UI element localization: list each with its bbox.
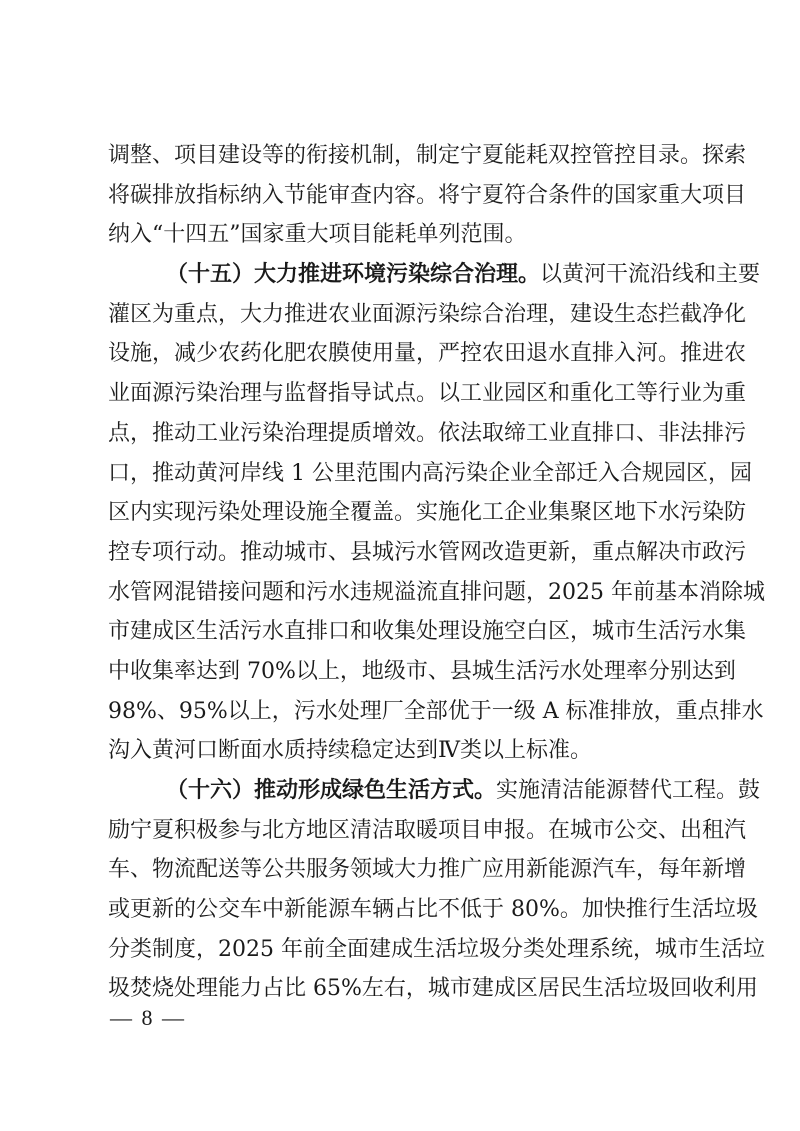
section-16-heading: 推动形成绿色生活方式。	[254, 778, 496, 803]
text-line: 圾焚烧处理能力占比 65%左右，城市建成区居民生活垃圾回收利用	[108, 969, 692, 1009]
text-line: 将碳排放指标纳入节能审查内容。将宁夏符合条件的国家重大项目	[108, 176, 692, 216]
text-line: 市建成区生活污水直排口和收集处理设施空白区，城市生活污水集	[108, 612, 692, 652]
text-line: 口，推动黄河岸线 1 公里范围内高污染企业全部迁入合规园区，园	[108, 454, 692, 494]
text-line: 励宁夏积极参与北方地区清洁取暖项目申报。在城市公交、出租汽	[108, 811, 692, 851]
section-16-number: （十六）	[166, 778, 254, 803]
text-line: 区内实现污染处理设施全覆盖。实施化工企业集聚区地下水污染防	[108, 493, 692, 533]
document-page: 调整、项目建设等的衔接机制，制定宁夏能耗双控管控目录。探索 将碳排放指标纳入节能…	[0, 0, 800, 1131]
text-line: 设施，减少农药化肥农膜使用量，严控农田退水直排入河。推进农	[108, 334, 692, 374]
text-line: 纳入“十四五”国家重大项目能耗单列范围。	[108, 215, 692, 255]
section-15-number: （十五）	[166, 262, 254, 287]
text-line: 调整、项目建设等的衔接机制，制定宁夏能耗双控管控目录。探索	[108, 136, 692, 176]
section-15-heading: 大力推进环境污染综合治理。	[254, 262, 540, 287]
section-16-first-line: （十六）推动形成绿色生活方式。实施清洁能源替代工程。鼓	[108, 771, 692, 811]
section-16-first-line-text: 实施清洁能源替代工程。鼓	[496, 778, 760, 803]
text-line: 灌区为重点，大力推进农业面源污染综合治理，建设生态拦截净化	[108, 295, 692, 335]
text-line: 水管网混错接问题和污水违规溢流直排问题，2025 年前基本消除城	[108, 573, 692, 613]
text-line: 控专项行动。推动城市、县城污水管网改造更新，重点解决市政污	[108, 533, 692, 573]
text-line: 分类制度，2025 年前全面建成生活垃圾分类处理系统，城市生活垃	[108, 930, 692, 970]
document-body: 调整、项目建设等的衔接机制，制定宁夏能耗双控管控目录。探索 将碳排放指标纳入节能…	[108, 136, 692, 1009]
text-line: 或更新的公交车中新能源车辆占比不低于 80%。加快推行生活垃圾	[108, 890, 692, 930]
text-line: 沟入黄河口断面水质持续稳定达到Ⅳ类以上标准。	[108, 731, 692, 771]
text-line: 点，推动工业污染治理提质增效。依法取缔工业直排口、非法排污	[108, 414, 692, 454]
text-line: 业面源污染治理与监督指导试点。以工业园区和重化工等行业为重	[108, 374, 692, 414]
text-line: 中收集率达到 70%以上，地级市、县城生活污水处理率分别达到	[108, 652, 692, 692]
text-line: 车、物流配送等公共服务领域大力推广应用新能源汽车，每年新增	[108, 850, 692, 890]
section-15-first-line-text: 以黄河干流沿线和主要	[540, 262, 760, 287]
text-line: 98%、95%以上，污水处理厂全部优于一级 A 标准排放，重点排水	[108, 692, 692, 732]
section-15-first-line: （十五）大力推进环境污染综合治理。以黄河干流沿线和主要	[108, 255, 692, 295]
page-number: — 8 —	[110, 1003, 186, 1033]
